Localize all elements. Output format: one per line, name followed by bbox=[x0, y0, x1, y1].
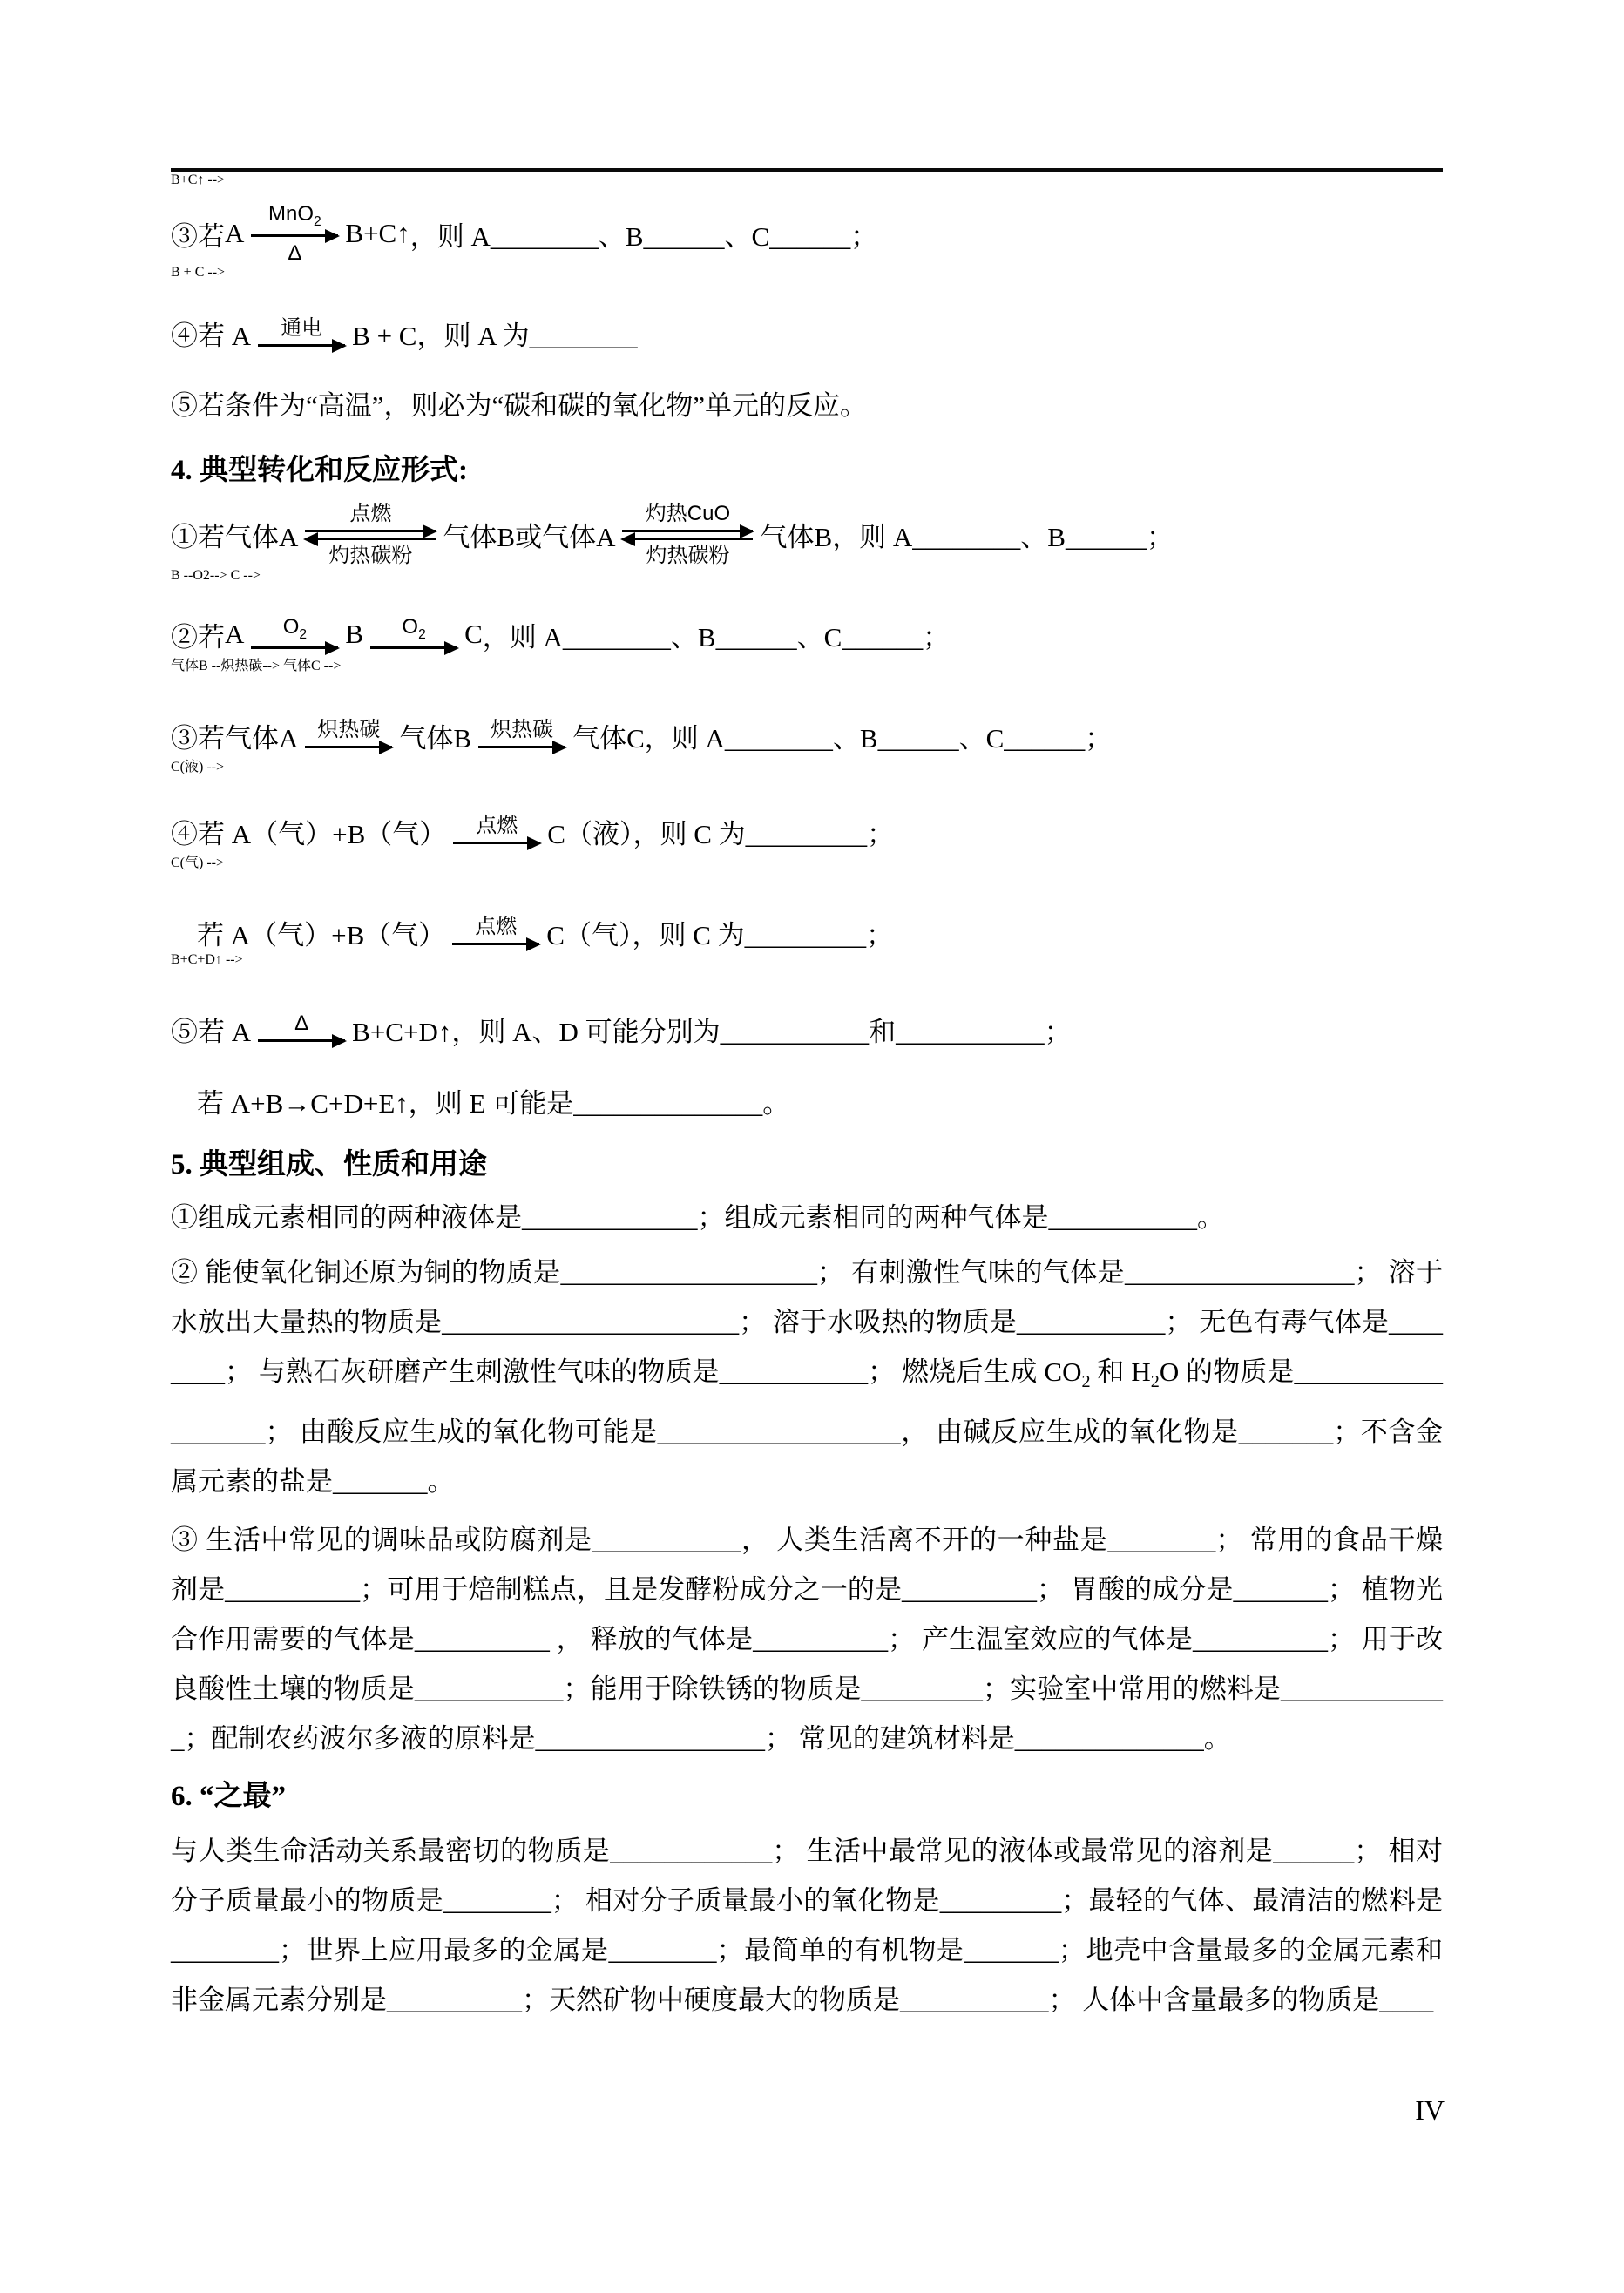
arrow-label-above: 点燃 bbox=[345, 502, 396, 526]
reaction-line-ignite-liquid: ④若 A（气）+B（气） 点燃 C（液），则 C 为_________； bbox=[171, 812, 1443, 851]
gas-a: 气体A bbox=[225, 515, 298, 554]
arrow-mno2-delta: MnO2 Δ bbox=[251, 202, 338, 265]
arrow-label-below: 灼热碳粉 bbox=[324, 544, 416, 568]
arrow-label-below: 灼热碳粉 bbox=[641, 544, 734, 568]
reaction-line-oxygen-chain: ②若 A O2 B O2 C ，则 A________、B______、C___… bbox=[171, 615, 1443, 654]
fill-blank-text: C（液），则 C 为_________； bbox=[547, 812, 894, 851]
reaction-line-abcde: 若 A+B→C+D+E↑，则 E 可能是______________。 bbox=[171, 1079, 1443, 1128]
arrow-label-above: MnO2 bbox=[264, 202, 326, 230]
right-arrow-icon bbox=[452, 943, 539, 945]
equilibrium-arrows-icon bbox=[305, 530, 436, 540]
heading-section-4: 4. 典型转化和反应形式: bbox=[171, 451, 1443, 490]
heading-section-5: 5. 典型组成、性质和用途 bbox=[171, 1146, 1443, 1184]
arrow-heat: Δ bbox=[258, 1011, 345, 1047]
fill-blank-text: B + C，则 A 为________ bbox=[352, 314, 638, 353]
right-arrow-icon bbox=[251, 646, 338, 649]
reaction-line-hot-carbon: ③若气体A 炽热碳 气体B 炽热碳 气体C ，则 A________、B____… bbox=[171, 716, 1443, 755]
page-content: B+C↑ --> ③若 A MnO2 Δ B+C↑ ，则 A________、B… bbox=[0, 168, 1624, 2025]
right-arrow-icon bbox=[258, 344, 345, 347]
reaction-line-mno2: ③若 A MnO2 Δ B+C↑ ，则 A________、B______、C_… bbox=[171, 202, 1443, 265]
products: B+C↑ bbox=[345, 218, 409, 249]
reaction-line-reversible: ①若 气体A 点燃 灼热碳粉 气体B 或 气体A 灼热CuO 灼热碳粉 气体B … bbox=[171, 502, 1443, 567]
page-number: IV bbox=[1415, 2094, 1445, 2127]
arrow-o2-1: O2 bbox=[251, 615, 338, 654]
subscript: 2 bbox=[1081, 1372, 1090, 1391]
arrow-hot-carbon-2: 炽热碳 bbox=[478, 718, 565, 754]
arrow-label-above: O2 bbox=[397, 615, 430, 643]
arrow-electrify: 通电 bbox=[258, 316, 345, 352]
arrow-label-above: 点燃 bbox=[471, 814, 522, 838]
arrow-ignite: 点燃 bbox=[452, 915, 539, 950]
line-prefix: ②若 bbox=[171, 615, 225, 654]
header-rule bbox=[171, 168, 1443, 172]
equilibrium-arrows-icon bbox=[622, 530, 753, 540]
paragraph-5-1: ①组成元素相同的两种液体是_____________；组成元素相同的两种气体是_… bbox=[171, 1193, 1443, 1242]
paragraph-6-1: 与人类生命活动关系最密切的物质是____________； 生活中最常见的液体或… bbox=[171, 1826, 1443, 2025]
arrow-o2-2: O2 bbox=[370, 615, 457, 654]
gas-a: 气体A bbox=[542, 515, 615, 554]
line-prefix: 若 A（气）+B（气） bbox=[197, 913, 445, 952]
arrow-label-above: 炽热碳 bbox=[486, 718, 558, 742]
right-arrow-icon bbox=[251, 234, 338, 237]
subscript: 2 bbox=[1151, 1372, 1160, 1391]
fill-blank-text: ，则 A________、B______、C______； bbox=[645, 716, 1113, 755]
line-prefix: ③若气体A bbox=[171, 716, 298, 755]
or-word: 或 bbox=[515, 515, 542, 554]
arrow-label-above: 通电 bbox=[276, 316, 327, 341]
subscript: 2 bbox=[299, 626, 307, 641]
reaction-line-electrolysis: ④若 A 通电 B + C，则 A 为________ bbox=[171, 314, 1443, 353]
line-prefix: ④若 A bbox=[171, 314, 251, 353]
arrow-label-above: O2 bbox=[279, 615, 311, 643]
line-prefix: ③若 bbox=[171, 214, 225, 254]
reversible-arrow-2: 灼热CuO 灼热碳粉 bbox=[622, 502, 753, 567]
fill-blank-text: ，则 A________、B______、C______； bbox=[483, 615, 951, 654]
arrow-label-above: 炽热碳 bbox=[313, 718, 384, 742]
arrow-hot-carbon-1: 炽热碳 bbox=[305, 718, 392, 754]
paragraph-5-3: ③ 生活中常见的调味品或防腐剂是___________， 人类生活离不开的一种盐… bbox=[171, 1515, 1443, 1763]
line-prefix: ①若 bbox=[171, 515, 225, 554]
arrow-label-above: Δ bbox=[290, 1011, 313, 1036]
worksheet-page: B+C↑ --> ③若 A MnO2 Δ B+C↑ ，则 A________、B… bbox=[0, 0, 1624, 2293]
line-prefix: ⑤若 A bbox=[171, 1010, 251, 1049]
right-arrow-icon bbox=[453, 842, 540, 844]
reactant-a: A bbox=[225, 218, 244, 249]
gas-b: 气体B bbox=[399, 716, 471, 755]
arrow-ignite: 点燃 bbox=[453, 814, 540, 849]
fill-blank-text: ，则 A________、B______、C______； bbox=[410, 214, 878, 254]
gas-c: 气体C bbox=[572, 716, 645, 755]
gas-b: 气体B bbox=[760, 515, 832, 554]
reaction-line-ignite-gas: 若 A（气）+B（气） 点燃 C（气），则 C 为_________； bbox=[171, 913, 1443, 952]
species-a: A bbox=[225, 619, 244, 650]
right-arrow-icon bbox=[258, 1039, 345, 1042]
arrow-label-below: Δ bbox=[283, 241, 306, 266]
gas-b: 气体B bbox=[443, 515, 515, 554]
paragraph-5-2: ② 能使氧化铜还原为铜的物质是___________________； 有刺激性… bbox=[171, 1248, 1443, 1506]
arrow-label-above: 点燃 bbox=[470, 915, 521, 939]
heading-section-6: 6. “之最” bbox=[171, 1777, 1443, 1816]
subscript: 2 bbox=[418, 626, 426, 641]
fill-blank-text: C（气），则 C 为_________； bbox=[546, 913, 893, 952]
subscript: 2 bbox=[314, 214, 321, 229]
species-c: C bbox=[464, 619, 483, 650]
statement-high-temperature: ⑤若条件为“高温”，则必为“碳和碳的氧化物”单元的反应。 bbox=[171, 381, 1443, 430]
fill-blank-text: ，则 A________、B______； bbox=[832, 515, 1174, 554]
fill-blank-text: B+C+D↑，则 A、D 可能分别为___________和__________… bbox=[352, 1010, 1071, 1049]
species-b: B bbox=[345, 619, 363, 650]
arrow-label-above: 灼热CuO bbox=[641, 502, 734, 526]
paragraph-5-2-text-b: 和 H bbox=[1091, 1356, 1151, 1387]
reaction-line-decomposition: ⑤若 A Δ B+C+D↑，则 A、D 可能分别为___________和___… bbox=[171, 1010, 1443, 1049]
right-arrow-icon bbox=[370, 646, 457, 649]
right-arrow-icon bbox=[305, 746, 392, 748]
line-prefix: ④若 A（气）+B（气） bbox=[171, 812, 446, 851]
right-arrow-icon bbox=[478, 746, 565, 748]
reversible-arrow-1: 点燃 灼热碳粉 bbox=[305, 502, 436, 567]
